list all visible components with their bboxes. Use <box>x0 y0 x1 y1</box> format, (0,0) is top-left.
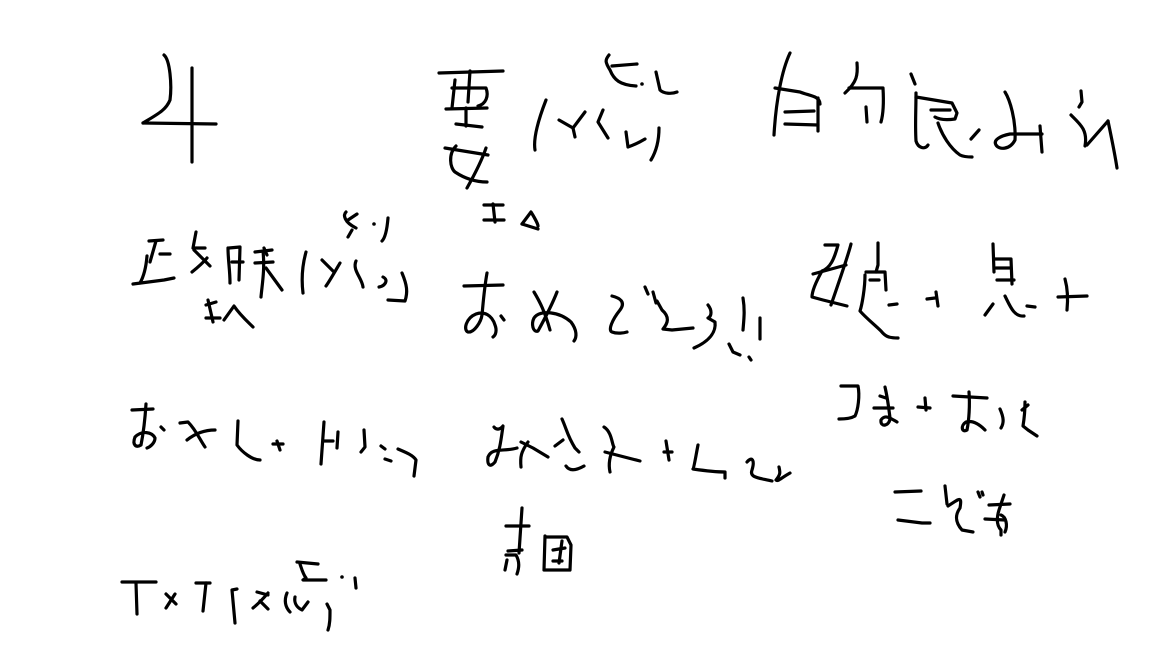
stroke-group-kodomo <box>895 486 1010 535</box>
stroke-group-daughter-son <box>812 243 1087 338</box>
stroke-group-mikan <box>488 419 790 481</box>
stroke-group-snack-drink <box>132 404 416 476</box>
stroke-group-four <box>143 55 216 162</box>
stroke-group-tsuma-otto <box>839 386 1037 436</box>
stroke-group-self <box>774 53 1117 168</box>
stroke-group-txt <box>122 562 356 630</box>
drawing-canvas[interactable]: 4 亜女 (メイン) 自分良みれ 正文時 (メイン) おめでとう!! 娘+息+ … <box>0 0 1152 648</box>
handwriting-strokes <box>0 0 1152 648</box>
stroke-group-seiya <box>133 212 407 327</box>
stroke-group-wife <box>439 55 677 229</box>
stroke-group-omedetou <box>464 273 760 360</box>
stroke-group-yoshida <box>505 508 571 574</box>
